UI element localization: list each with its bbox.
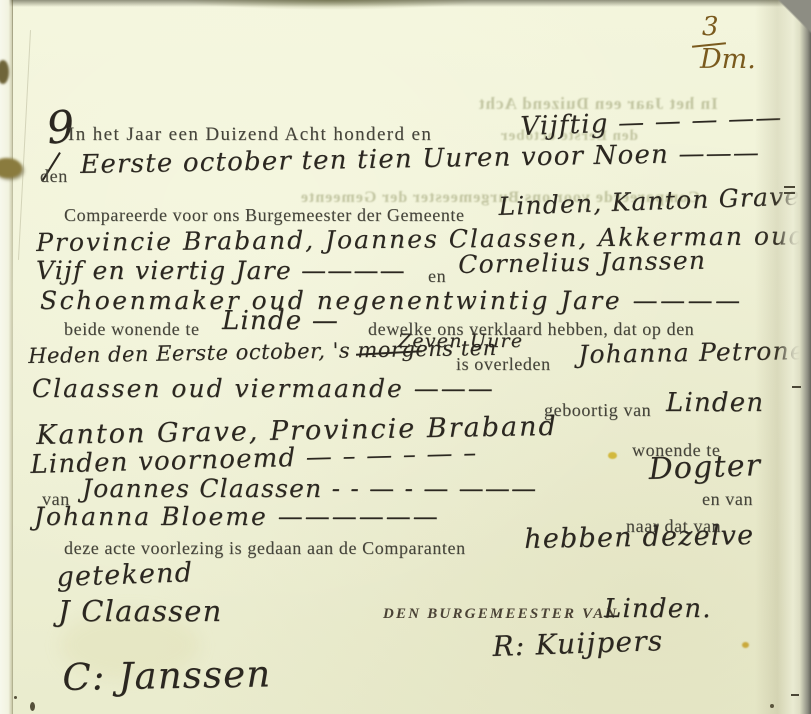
- ink-speck: [30, 702, 35, 711]
- ink-stain: [742, 642, 749, 648]
- burgemeester-printed-label: DEN BURGEMEESTER VAN: [383, 606, 618, 623]
- line10-handwritten: Linden: [666, 388, 764, 418]
- paper-top-smudge: [180, 0, 480, 10]
- burgemeester-place-handwritten: Linden.: [604, 594, 712, 624]
- signature-comparant1: J Claassen: [58, 594, 223, 628]
- line10-printed: geboortig van: [544, 400, 651, 421]
- line5-handwritten-age: Vijf en viertig Jare ————: [36, 256, 406, 285]
- edge-mark: [792, 386, 801, 388]
- edge-mark: [784, 186, 795, 188]
- line8-handwritten-hour-superscript: Zeven Uure: [398, 330, 523, 352]
- ink-stain: [608, 452, 617, 459]
- line9-handwritten: Claassen oud viermaande ———: [32, 374, 495, 403]
- fold-line: [12, 0, 13, 714]
- line3-printed: Compareerde voor ons Burgemeester der Ge…: [64, 205, 465, 226]
- paper-corner-bevel: [777, 0, 811, 34]
- line5-handwritten-name: Cornelius Janssen: [458, 246, 706, 279]
- line5-printed: en: [428, 266, 446, 287]
- line6-handwritten: Schoenmaker oud negenentwintig Jare ————: [40, 286, 743, 315]
- line2-printed: den: [40, 166, 68, 187]
- line13-handwritten: Joannes Claassen - - — - — ———: [82, 474, 537, 503]
- edge-mark: [784, 192, 795, 194]
- page-number-annotation: 3: [702, 12, 719, 42]
- line15-handwritten: hebben dezelve: [524, 520, 755, 555]
- line15-printed: deze acte voorlezing is gedaan aan de Co…: [64, 538, 466, 559]
- paper-right-edge: [755, 0, 811, 714]
- line16-handwritten: getekend: [56, 557, 194, 593]
- ink-speck: [14, 696, 17, 699]
- edge-mark: [791, 694, 799, 696]
- line1-printed: In het Jaar een Duizend Acht honderd en: [68, 124, 432, 146]
- line7-handwritten: Linde —: [222, 306, 339, 336]
- page-code-annotation: Dm.: [700, 44, 756, 75]
- signature-burgemeester: R: Kuijpers: [492, 624, 664, 663]
- line8-printed: is overleden: [456, 354, 551, 375]
- document-scan: In het Jaar een Duizend Acht den Eerste …: [0, 0, 811, 714]
- line12-handwritten-dogter: Dogter: [648, 448, 762, 487]
- signature-comparant2: C: Janssen: [62, 652, 272, 699]
- line7-printed-a: beide wonende te: [64, 319, 200, 340]
- line14-handwritten: Johanna Bloeme ——————: [34, 502, 440, 531]
- line13-printed-b: en van: [702, 489, 753, 510]
